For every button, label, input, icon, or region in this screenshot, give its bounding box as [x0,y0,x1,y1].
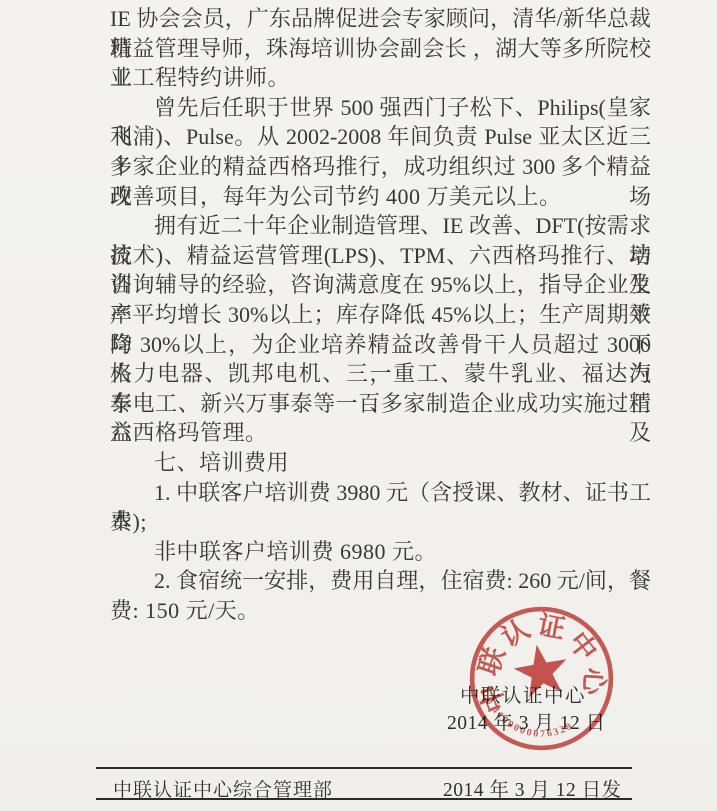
doc-line: 业工程特约讲师。 [110,63,651,93]
doc-line: 技术)、精益运营管理(LPS)、TPM、六西格玛推行、培训及 [110,241,651,271]
doc-line: 泰电工、新兴万事泰等一百多家制造企业成功实施过精益及 [110,389,651,419]
doc-line: 精益管理导师，珠海培训协会副会长 ，湖大等多所院校工 [110,34,651,64]
seal-arc-char: 中 [563,626,603,666]
doc-line: 非中联客户培训费 6980 元。 [110,537,651,567]
doc-section-heading: 七、培训费用 [110,448,651,478]
doc-line: 多家企业的精益西格玛推行，成功组织过 300 多个精益现场 [110,152,651,182]
footer-issue-date: 2014 年 3 月 12 日发 [443,774,622,802]
seal-stamp: 中 联 认 证 中 心 1100000076329 [456,593,627,764]
doc-line: 费); [110,507,651,537]
footer-top-rule [96,767,632,769]
doc-line: 1. 中联客户培训费 3980 元（含授课、教材、证书工本 [110,478,651,508]
seal-star-icon [510,640,572,699]
document-page: IE 协会会员，广东品牌促进会专家顾问，清华/新华总裁班 精益管理导师，珠海培训… [0,0,717,811]
doc-line: IE 协会会员，广东品牌促进会专家顾问，清华/新华总裁班 [110,4,651,34]
doc-line: 2. 食宿统一安排，费用自理，住宿费: 260 元/间，餐 [110,566,651,596]
body-text: IE 协会会员，广东品牌促进会专家顾问，清华/新华总裁班 精益管理导师，珠海培训… [110,4,651,625]
doc-line: 曾先后任职于世界 500 强西门子松下、Philips(皇家飞 [110,93,651,123]
doc-line: 格力电器、凯邦电机、三一重工、蒙牛乳业、福达汽车、正 [110,359,651,389]
doc-line: 拥有近二十年企业制造管理、IE 改善、DFT(按需求流动 [110,211,651,241]
seal-arc-char: 心 [578,667,609,697]
doc-line: 降 30%以上，为企业培养精益改善骨干人员超过 3000 人，为 [110,330,651,360]
seal-arc-char: 证 [535,610,567,645]
doc-line: 咨询辅导的经验，咨询满意度在 95%以上，指导企业生产效 [110,270,651,300]
doc-line: 率平均增长 30%以上；库存降低 45%以上；生产周期平均下 [110,300,651,330]
footer-department: 中联认证中心综合管理部 [113,775,333,802]
doc-line: 利浦)、Pulse。从 2002-2008 年间负责 Pulse 亚太区近三十 [110,122,651,152]
